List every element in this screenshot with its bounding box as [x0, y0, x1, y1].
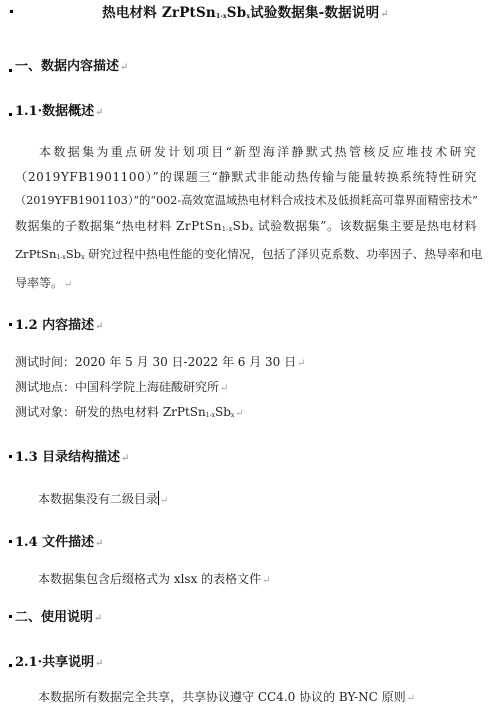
heading-text: 1.4 文件描述 [15, 535, 94, 550]
section-heading-1-3: 1.3 目录结构描述↵ [15, 446, 130, 465]
paragraph-marker [9, 615, 12, 618]
test-location-line: 测试地点：中国科学院上海硅酸研究所↵ [15, 378, 228, 395]
paragraph-line: ZrPtSn1-xSbx 研究过程中热电性能的变化情况，包括了泽贝克系数、功率因… [15, 242, 477, 271]
subscript: 1-x [206, 412, 215, 419]
overview-paragraph: 本数据集为重点研发计划项目“新型海洋静默式热管核反应堆技术研究 （2019YFB… [15, 140, 477, 297]
paragraph-mark-icon: ↵ [95, 107, 103, 118]
text-run: 研究过程中热电性能的变化情况，包括了泽贝克系数、功率因子、热导率和电 [84, 247, 482, 261]
test-location-value: 中国科学院上海硅酸研究所 [75, 380, 219, 394]
paragraph-mark-icon: ↵ [262, 575, 270, 586]
sharing-description-text: 本数据所有数据完全共享，共享协议遵守 CC4.0 协议的 BY-NC 原则↵ [38, 688, 415, 705]
paragraph-mark-icon: ↵ [297, 358, 305, 369]
paragraph-marker [9, 664, 12, 667]
paragraph-mark-icon: ↵ [95, 321, 103, 332]
subscript: 1-x [56, 254, 65, 261]
document-title: 热电材料 ZrPtSn1-xSbx试验数据集-数据说明↵ [0, 1, 491, 21]
paragraph-mark-icon: ↵ [94, 613, 102, 624]
test-time-value: 2020 年 5 月 30 日-2022 年 6 月 30 日 [75, 355, 296, 369]
paragraph-mark-icon: ↵ [64, 279, 72, 290]
paragraph-mark-icon: ↵ [95, 538, 103, 549]
test-object-line: 测试对象：研发的热电材料 ZrPtSn1-xSbx↵ [15, 403, 244, 420]
paragraph-mark-icon: ↵ [235, 408, 243, 419]
section-heading-1: 一、数据内容描述↵ [15, 55, 128, 74]
test-object-label: 测试对象： [15, 405, 75, 419]
heading-text: 2.1·共享说明 [15, 655, 94, 670]
paragraph-mark-icon: ↵ [120, 62, 128, 73]
subscript: x [231, 412, 234, 419]
text-run: ZrPtSn [15, 247, 56, 261]
text-run: 导率等。 [15, 276, 63, 290]
section-heading-1-1: 1.1·数据概述↵ [15, 100, 104, 119]
paragraph-marker [9, 323, 12, 326]
heading-text: 1.1·数据概述 [15, 104, 94, 119]
section-heading-2: 二、使用说明↵ [15, 606, 102, 625]
test-time-label: 测试时间： [15, 355, 75, 369]
subscript: 1-x [222, 226, 233, 233]
paragraph-marker [9, 69, 12, 72]
title-subscript: 1-x [216, 13, 227, 20]
paragraph-mark-icon: ↵ [220, 383, 228, 394]
text-run: 本数据所有数据完全共享，共享协议遵守 CC4.0 协议的 BY-NC 原则 [38, 690, 406, 704]
heading-text: 1.2 内容描述 [15, 318, 94, 333]
title-text: 热电材料 ZrPtSn [102, 5, 216, 21]
heading-text: 一、数据内容描述 [15, 59, 119, 74]
heading-text: 1.3 目录结构描述 [15, 450, 120, 465]
directory-structure-text[interactable]: 本数据集没有二级目录↵ [38, 490, 168, 507]
test-time-line: 测试时间：2020 年 5 月 30 日-2022 年 6 月 30 日↵ [15, 353, 306, 370]
section-heading-1-2: 1.2 内容描述↵ [15, 314, 104, 333]
paragraph-mark-icon: ↵ [160, 495, 168, 506]
text-run: Sb [233, 219, 250, 233]
paragraph-mark-icon: ↵ [380, 9, 389, 20]
file-description-text: 本数据集包含后缀格式为 xlsx 的表格文件↵ [38, 570, 271, 587]
text-run: 试验数据集”。该数据集主要是热电材料 [253, 219, 477, 233]
paragraph-line: （2019YFB1901100）”的课题三“静默式非能动热传输与能量转换系统特性… [15, 165, 477, 190]
paragraph-mark-icon: ↵ [407, 693, 415, 704]
title-text: 试验数据集-数据说明 [250, 5, 379, 21]
text-run: 数据集的子数据集“热电材料 ZrPtSn [15, 219, 222, 233]
paragraph-mark-icon: ↵ [95, 658, 103, 669]
title-text: Sb [227, 5, 247, 21]
paragraph-line: 本数据集为重点研发计划项目“新型海洋静默式热管核反应堆技术研究 [15, 140, 477, 165]
test-object-value: 研发的热电材料 ZrPtSn [75, 405, 206, 419]
section-heading-1-4: 1.4 文件描述↵ [15, 531, 104, 550]
paragraph-marker [9, 113, 12, 116]
section-heading-2-1: 2.1·共享说明↵ [15, 651, 104, 670]
heading-text: 二、使用说明 [15, 610, 93, 625]
paragraph-line: 数据集的子数据集“热电材料 ZrPtSn1-xSbx 试验数据集”。该数据集主要… [15, 214, 477, 243]
test-location-label: 测试地点： [15, 380, 75, 394]
text-run: 本数据集没有二级目录 [38, 492, 158, 506]
text-run: Sb [66, 247, 81, 261]
paragraph-mark-icon: ↵ [121, 453, 129, 464]
paragraph-line: 导率等。↵ [15, 271, 477, 298]
text-run: Sb [215, 405, 231, 419]
paragraph-marker [9, 455, 12, 458]
paragraph-marker [9, 540, 12, 543]
paragraph-line: （2019YFB1901103）”的“002-高效宽温域热电材料合成技术及低损耗… [15, 189, 477, 214]
text-run: 本数据集包含后缀格式为 xlsx 的表格文件 [38, 572, 261, 586]
text-cursor [158, 491, 159, 505]
